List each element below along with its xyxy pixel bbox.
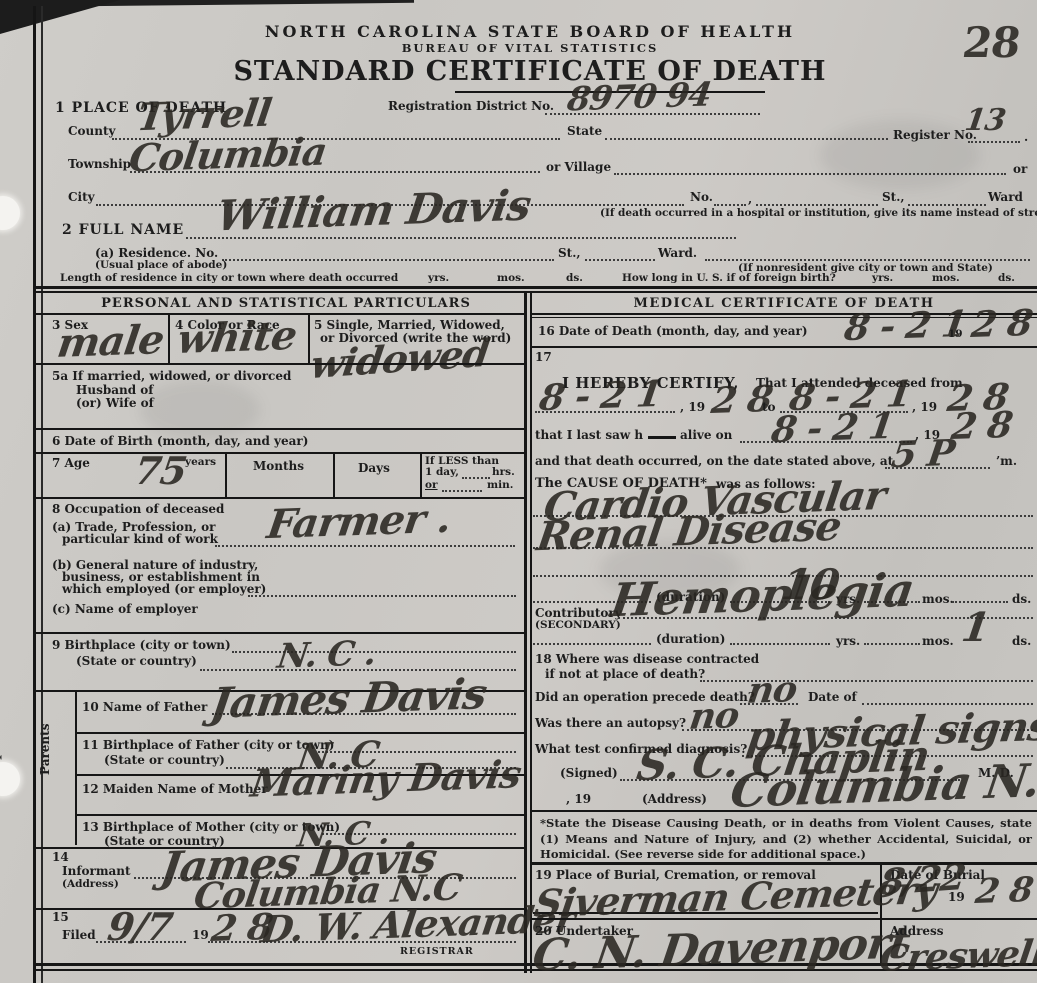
field-line	[248, 594, 516, 597]
field-line	[462, 476, 490, 479]
date-of-death-label: 16 Date of Death (month, day, and year)	[538, 324, 808, 338]
field-line	[705, 258, 1030, 261]
no-label: No.	[690, 190, 713, 204]
registration-district-value: 8970 94	[565, 78, 713, 116]
registrar-signature: D. W. Alexander	[259, 901, 577, 949]
field-line	[968, 140, 1020, 143]
certificate-number: 28	[960, 22, 1022, 64]
margin-notes: OF DEATH in plain terms, so that it may …	[0, 0, 3, 983]
hole-punch-top	[0, 196, 20, 230]
informant-number: 14	[52, 850, 69, 864]
cell-divider	[420, 452, 422, 497]
comma19: , 19	[566, 792, 591, 806]
yrs-label: yrs.	[872, 272, 893, 284]
residence-label: (a) Residence. No.	[95, 246, 218, 260]
duration-label: (duration)	[656, 632, 725, 646]
attended-from-value: 8 - 2 1	[537, 376, 663, 416]
field-line	[730, 642, 830, 645]
or-label: or	[425, 479, 438, 491]
operation-value: no	[745, 671, 799, 709]
parents-group-label: Parents	[38, 724, 52, 775]
duration2-ds-value: 1	[959, 608, 991, 648]
dob-label: 6 Date of Birth (month, day, and year)	[52, 434, 308, 448]
signed-label: (Signed)	[560, 766, 618, 780]
howlong-label: How long in U. S. if of foreign birth?	[622, 272, 836, 284]
state-country-label: (State or country)	[76, 654, 197, 668]
ds-label: ds.	[566, 272, 583, 284]
min-label: min.	[487, 479, 513, 491]
years-label: years	[185, 456, 216, 468]
informant-label: Informant	[62, 864, 131, 878]
field-line	[714, 203, 746, 206]
birthplace-label: 9 Birthplace (city or town)	[52, 638, 231, 652]
scan-smudge	[140, 380, 260, 440]
physician-address-value: Columbia N.C	[728, 756, 1037, 814]
death-time-value: 5 P	[889, 435, 956, 473]
column-divider-inner	[530, 291, 532, 973]
ward-label: Ward	[988, 190, 1023, 204]
strikeout-mark	[648, 436, 676, 439]
residence-ward-label: Ward.	[658, 246, 697, 260]
undertaker-value: C. N. Davenport	[530, 921, 912, 978]
ds-label: ds.	[1012, 592, 1031, 606]
margin-note-line2: important. See instructions on back of c…	[0, 0, 3, 983]
father-value: James Davis	[208, 673, 489, 725]
last-saw-label: that I last saw h	[535, 428, 643, 442]
rule	[531, 810, 1037, 812]
marital-label: 5 Single, Married, Widowed,	[314, 318, 505, 332]
rule	[36, 452, 524, 454]
trade-value: Farmer .	[265, 499, 454, 545]
yrs-label: yrs.	[836, 634, 860, 648]
length-residence-label: Length of residence in city or town wher…	[60, 272, 398, 284]
field-line	[908, 203, 986, 206]
full-name-label: 2 FULL NAME	[62, 222, 184, 238]
hospital-note: (If death occurred in a hospital or inst…	[600, 207, 1037, 219]
death-time-label: and that death occurred, on the date sta…	[535, 454, 893, 468]
days-label: Days	[358, 461, 390, 475]
alive-on-label: alive on	[680, 428, 732, 442]
m-label: ’m.	[996, 454, 1017, 468]
yrs-label: yrs.	[428, 272, 449, 284]
mos-label: mos.	[497, 272, 525, 284]
autopsy-label: Was there an autopsy?	[535, 716, 686, 730]
field-line	[864, 642, 920, 645]
register-no-value: 13	[963, 106, 1007, 136]
informant-address-label: (Address)	[62, 878, 119, 890]
sex-value: male	[55, 320, 166, 364]
comma19: , 19	[912, 400, 937, 414]
or-label: or	[1013, 162, 1027, 176]
registrar-label: REGISTRAR	[400, 946, 474, 957]
date-of-death-value: 8 - 2 1	[842, 306, 968, 346]
personal-title: PERSONAL AND STATISTICAL PARTICULARS	[48, 296, 524, 311]
state-country-label: (State or country)	[104, 753, 225, 767]
state-label: State	[567, 124, 602, 138]
age-value: 75	[132, 452, 188, 490]
township-label: Township	[68, 157, 131, 171]
filed-date-value: 9/7	[105, 908, 174, 946]
occupation-label: 8 Occupation of deceased	[52, 502, 224, 516]
cell-divider	[225, 452, 227, 497]
field-line	[614, 172, 1006, 175]
father-bp-label: 11 Birthplace of Father (city or town)	[82, 738, 334, 752]
year-prefix: 19	[948, 328, 963, 340]
field-line	[222, 258, 554, 261]
filed-label: Filed	[62, 928, 96, 942]
wife-label: (or) Wife of	[76, 396, 154, 410]
or-village-label: or Village	[546, 160, 611, 174]
age-label: 7 Age	[52, 456, 90, 470]
rule	[531, 346, 1037, 348]
field-line	[605, 137, 888, 140]
city-label: City	[68, 190, 95, 204]
mother-label: 12 Maiden Name of Mother	[82, 782, 268, 796]
last-saw-value: 8 - 2 1	[769, 408, 895, 448]
year-prefix: 19	[948, 890, 965, 904]
months-label: Months	[253, 459, 304, 473]
cell-divider	[333, 452, 335, 497]
filed-number: 15	[52, 910, 69, 924]
county-label: County	[68, 124, 116, 138]
husband-label: Husband of	[76, 383, 153, 397]
cause-line2-value: Renal Disease	[534, 507, 843, 558]
item17-number: 17	[535, 350, 552, 364]
trade-label2: particular kind of work	[62, 532, 218, 546]
rule	[36, 286, 1037, 289]
date-of-death-year: 2 8	[969, 305, 1034, 343]
rule	[36, 363, 524, 365]
abode-label: (Usual place of abode)	[95, 259, 227, 271]
field-line	[533, 642, 651, 645]
header-line2: BUREAU OF VITAL STATISTICS	[250, 41, 810, 55]
full-name-value: William Davis	[214, 185, 533, 238]
rule	[76, 732, 524, 734]
ds-label: ds.	[1012, 634, 1031, 648]
registration-district-label: Registration District No.	[388, 99, 554, 113]
rule	[36, 632, 524, 634]
comma: ,	[748, 192, 752, 206]
filed-year-prefix: 19	[192, 928, 209, 942]
scan-corner-artifact	[0, 0, 120, 34]
father-label: 10 Name of Father	[82, 700, 207, 714]
autopsy-value: no	[687, 697, 741, 735]
header-line1: NORTH CAROLINA STATE BOARD OF HEALTH	[250, 22, 810, 41]
rule	[531, 918, 1037, 920]
footnote: *State the Disease Causing Death, or in …	[540, 816, 1032, 863]
race-value: white	[175, 316, 299, 360]
rule	[36, 291, 1037, 293]
employer-label: (c) Name of employer	[52, 602, 198, 616]
field-line	[442, 489, 482, 492]
mother-value: Mariny Davis	[249, 755, 523, 802]
field-line	[756, 203, 878, 206]
cell-divider	[168, 313, 170, 363]
ifnot-label: if not at place of death?	[545, 667, 705, 681]
disease-contracted-label: 18 Where was disease contracted	[535, 652, 759, 666]
field-line	[585, 258, 655, 261]
column-divider	[524, 291, 527, 973]
birthplace-value: N. C .	[275, 636, 378, 673]
county-value: Tyrrell	[135, 94, 273, 137]
st-label: St.,	[882, 190, 905, 204]
hrs-label: hrs.	[492, 466, 515, 478]
address-label: (Address)	[642, 792, 707, 806]
last-saw-year: 2 8	[949, 407, 1014, 445]
comma19: , 19	[680, 400, 705, 414]
contributory-value: Hemoplegia	[608, 567, 917, 623]
item5a-label: 5a If married, widowed, or divorced	[52, 369, 291, 383]
period: .	[1024, 130, 1028, 144]
mos-label: mos.	[922, 634, 954, 648]
burial-year-value: 2 8	[973, 873, 1034, 909]
industry-label3: which employed (or employer)	[62, 582, 266, 596]
township-value: Columbia	[127, 133, 329, 178]
ds-label: ds.	[998, 272, 1015, 284]
rule	[36, 428, 524, 430]
residence-st-label: St.,	[558, 246, 581, 260]
hole-punch-bottom	[0, 762, 20, 796]
marital-value: widowed	[308, 334, 491, 384]
field-line	[952, 600, 1008, 603]
form-left-border-inner	[41, 6, 43, 983]
mos-label: mos.	[922, 592, 954, 606]
mos-label: mos.	[932, 272, 960, 284]
parents-divider	[75, 690, 77, 845]
undertaker-address-value: Creswell	[877, 935, 1037, 977]
form-left-border	[33, 6, 36, 983]
death-certificate-scan: OF DEATH in plain terms, so that it may …	[0, 0, 1037, 983]
form-title: STANDARD CERTIFICATE OF DEATH	[220, 56, 840, 87]
cell-divider	[308, 313, 310, 363]
less-than-label2: 1 day,	[425, 466, 459, 478]
date-of-label: Date of	[808, 690, 857, 704]
